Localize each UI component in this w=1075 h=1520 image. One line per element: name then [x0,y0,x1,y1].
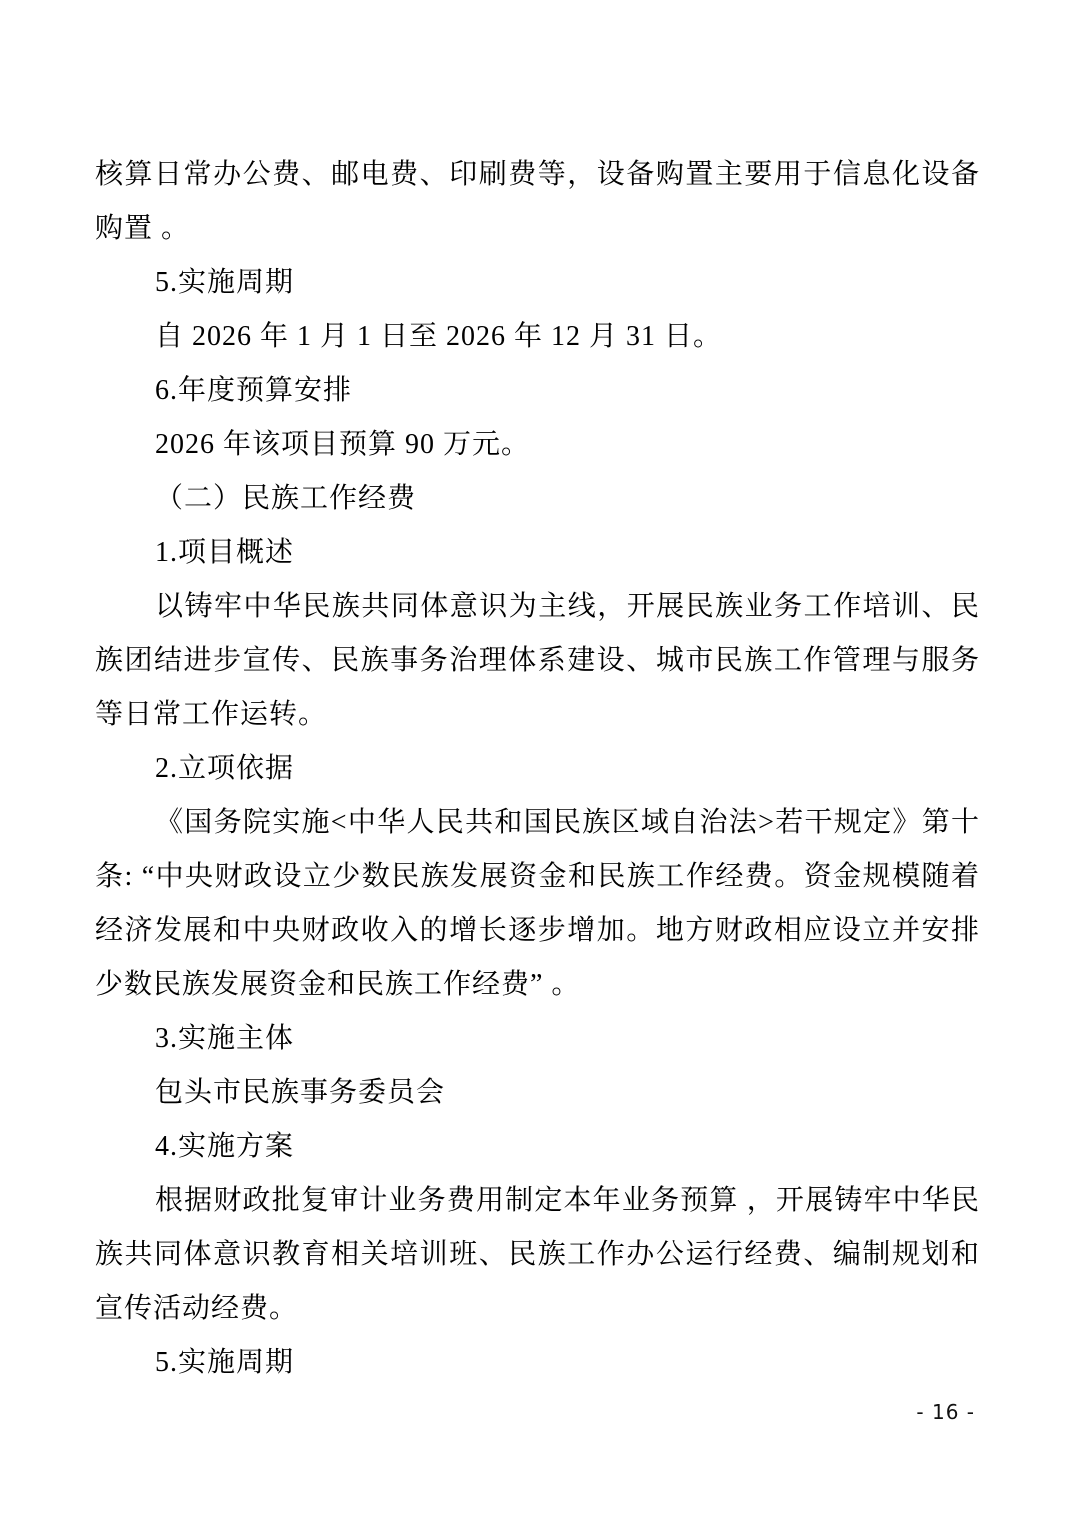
text-line: 族团结进步宣传、民族事务治理体系建设、城市民族工作管理与服务 [95,634,980,688]
text-line: 1.项目概述 [95,526,980,580]
text-line: 《国务院实施<中华人民共和国民族区域自治法>若干规定》第十 [95,796,980,850]
text-line: 3.实施主体 [95,1012,980,1066]
document-body: 核算日常办公费、邮电费、印刷费等，设备购置主要用于信息化设备购置 。5.实施周期… [95,148,980,1390]
text-line: 经济发展和中央财政收入的增长逐步增加。地方财政相应设立并安排 [95,904,980,958]
text-line: 2.立项依据 [95,742,980,796]
text-line: 族共同体意识教育相关培训班、民族工作办公运行经费、编制规划和 [95,1228,980,1282]
text-line: 6.年度预算安排 [95,364,980,418]
text-line: 5.实施周期 [95,256,980,310]
text-line: 少数民族发展资金和民族工作经费” 。 [95,958,980,1012]
text-line: 宣传活动经费。 [95,1282,980,1336]
text-line: 2026 年该项目预算 90 万元。 [95,418,980,472]
document-page: 核算日常办公费、邮电费、印刷费等，设备购置主要用于信息化设备购置 。5.实施周期… [0,0,1075,1520]
text-line: 根据财政批复审计业务费用制定本年业务预算 ，开展铸牢中华民 [95,1174,980,1228]
page-number: - 16 - [916,1398,975,1426]
text-line: 核算日常办公费、邮电费、印刷费等，设备购置主要用于信息化设备 [95,148,980,202]
text-line: 等日常工作运转。 [95,688,980,742]
text-line: （二）民族工作经费 [95,472,980,526]
text-line: 5.实施周期 [95,1336,980,1390]
text-line: 条: “中央财政设立少数民族发展资金和民族工作经费。资金规模随着 [95,850,980,904]
text-line: 自 2026 年 1 月 1 日至 2026 年 12 月 31 日。 [95,310,980,364]
text-line: 购置 。 [95,202,980,256]
text-line: 4.实施方案 [95,1120,980,1174]
text-line: 包头市民族事务委员会 [95,1066,980,1120]
text-line: 以铸牢中华民族共同体意识为主线，开展民族业务工作培训、民 [95,580,980,634]
